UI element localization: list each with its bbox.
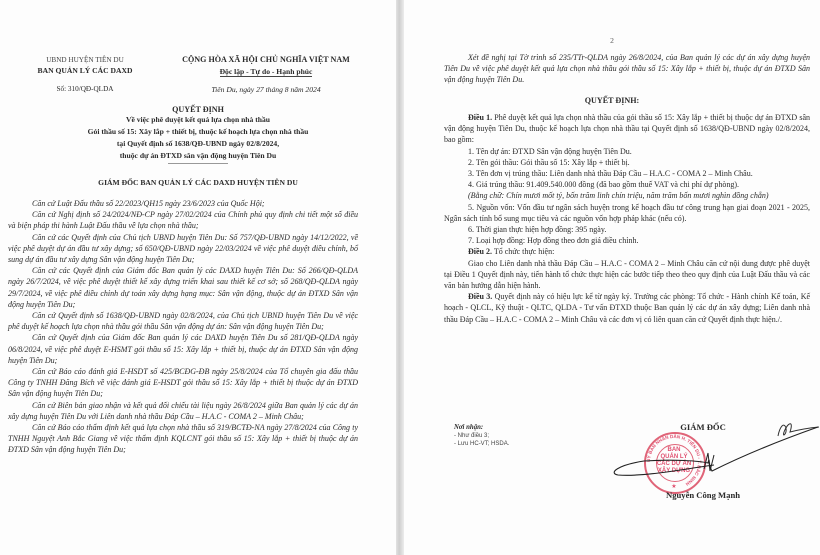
document-page-1: UBND HUYỆN TIÊN DU BAN QUẢN LÝ CÁC DAXD … [0,0,396,555]
article-1-item: 1. Tên dự án: ĐTXD Sân vận động huyện Ti… [444,146,810,157]
director-signature-icon [604,425,820,485]
article-1-item: 3. Tên đơn vị trúng thầu: Liên danh nhà … [444,168,810,179]
basis-item: Căn cứ Luật Đấu thầu số 22/2023/QH15 ngà… [8,198,358,209]
price-in-words: (Bằng chữ: Chín mươi mốt tỷ, bốn trăm li… [444,190,810,201]
basis-item: Căn cứ Báo cáo thẩm định kết quả lựa chọ… [8,422,358,456]
article-1-item: 6. Thời gian thực hiện hợp đồng: 395 ngà… [444,224,810,235]
article-1: Điều 1. Phê duyệt kết quả lựa chọn nhà t… [444,112,810,325]
recipients-title: Nơi nhận: [454,424,483,431]
article-3: Điều 3. Quyết định này có hiệu lực kể từ… [444,291,810,325]
subject-line-4: thuộc dự án ĐTXD sân vận động huyện Tiên… [0,151,396,160]
basis-list: Căn cứ Luật Đấu thầu số 22/2023/QH15 ngà… [8,198,358,456]
decision-heading: QUYẾT ĐỊNH: [404,96,820,105]
signer-name: Nguyễn Công Mạnh [638,490,768,500]
subject-line-2: Gói thầu số 15: Xây lắp + thiết bị, thuộ… [0,127,396,136]
issue-date: Tiên Du, ngày 27 tháng 8 năm 2024 [146,85,386,94]
article-1-item: 5. Nguồn vốn: Vốn đầu tư ngân sách huyện… [444,202,810,224]
basis-item: Căn cứ Biên bản giao nhận và kết quả đối… [8,400,358,422]
basis-item: Căn cứ Quyết định số 1638/QĐ-UBND ngày 0… [8,310,358,332]
subject-line-1: Về việc phê duyệt kết quả lựa chọn nhà t… [0,115,396,124]
basis-item: Căn cứ Báo cáo đánh giá E-HSDT số 425/BC… [8,366,358,400]
consideration: Xét đề nghị tại Tờ trình số 235/TTr-QLDA… [444,52,810,86]
article-2-heading: Điều 2. Tổ chức thực hiện: [444,246,810,257]
article-1-item: 7. Loại hợp đồng: Hợp đồng theo đơn giá … [444,235,810,246]
subject-underline [168,163,228,164]
page-divider [396,0,404,555]
subject-line-3: tại Quyết định số 1638/QĐ-UBND ngày 02/8… [0,139,396,148]
issuer-parent: UBND HUYỆN TIÊN DU [20,56,150,64]
national-motto: Độc lập - Tự do - Hạnh phúc [146,67,386,76]
page-number: 2 [404,36,820,45]
basis-item: Căn cứ Nghị định số 24/2024/NĐ-CP ngày 2… [8,209,358,231]
authority-heading: GIÁM ĐỐC BAN QUẢN LÝ CÁC DAXD HUYỆN TIÊN… [0,178,396,187]
basis-item: Căn cứ Quyết định của Giám đốc Ban quản … [8,332,358,366]
document-page-2: 2 Xét đề nghị tại Tờ trình số 235/TTr-QL… [404,0,820,555]
national-title: CỘNG HÒA XÃ HỘI CHỦ NGHĨA VIỆT NAM [146,55,386,64]
recipient-item: - Lưu HC-VT; HSDA. [454,441,509,447]
article-1-intro: Điều 1. Phê duyệt kết quả lựa chọn nhà t… [444,112,810,146]
article-1-item: 4. Giá trúng thầu: 91.409.540.000 đồng (… [444,179,810,190]
article-1-item: 2. Tên gói thầu: Gói thầu số 15: Xây lắp… [444,157,810,168]
decision-title: QUYẾT ĐỊNH [0,105,396,114]
article-2-body: Giao cho Liên danh nhà thầu Đáp Cầu – H.… [444,258,810,292]
issuer-name: BAN QUẢN LÝ CÁC DAXD [14,66,156,75]
document-number: Số: 310/QĐ-QLDA [20,85,150,93]
basis-item: Căn cứ các Quyết định của Chủ tịch UBND … [8,232,358,266]
recipient-item: - Như điều 3; [454,433,489,439]
basis-item: Căn cứ các Quyết định của Giám đốc Ban q… [8,265,358,310]
